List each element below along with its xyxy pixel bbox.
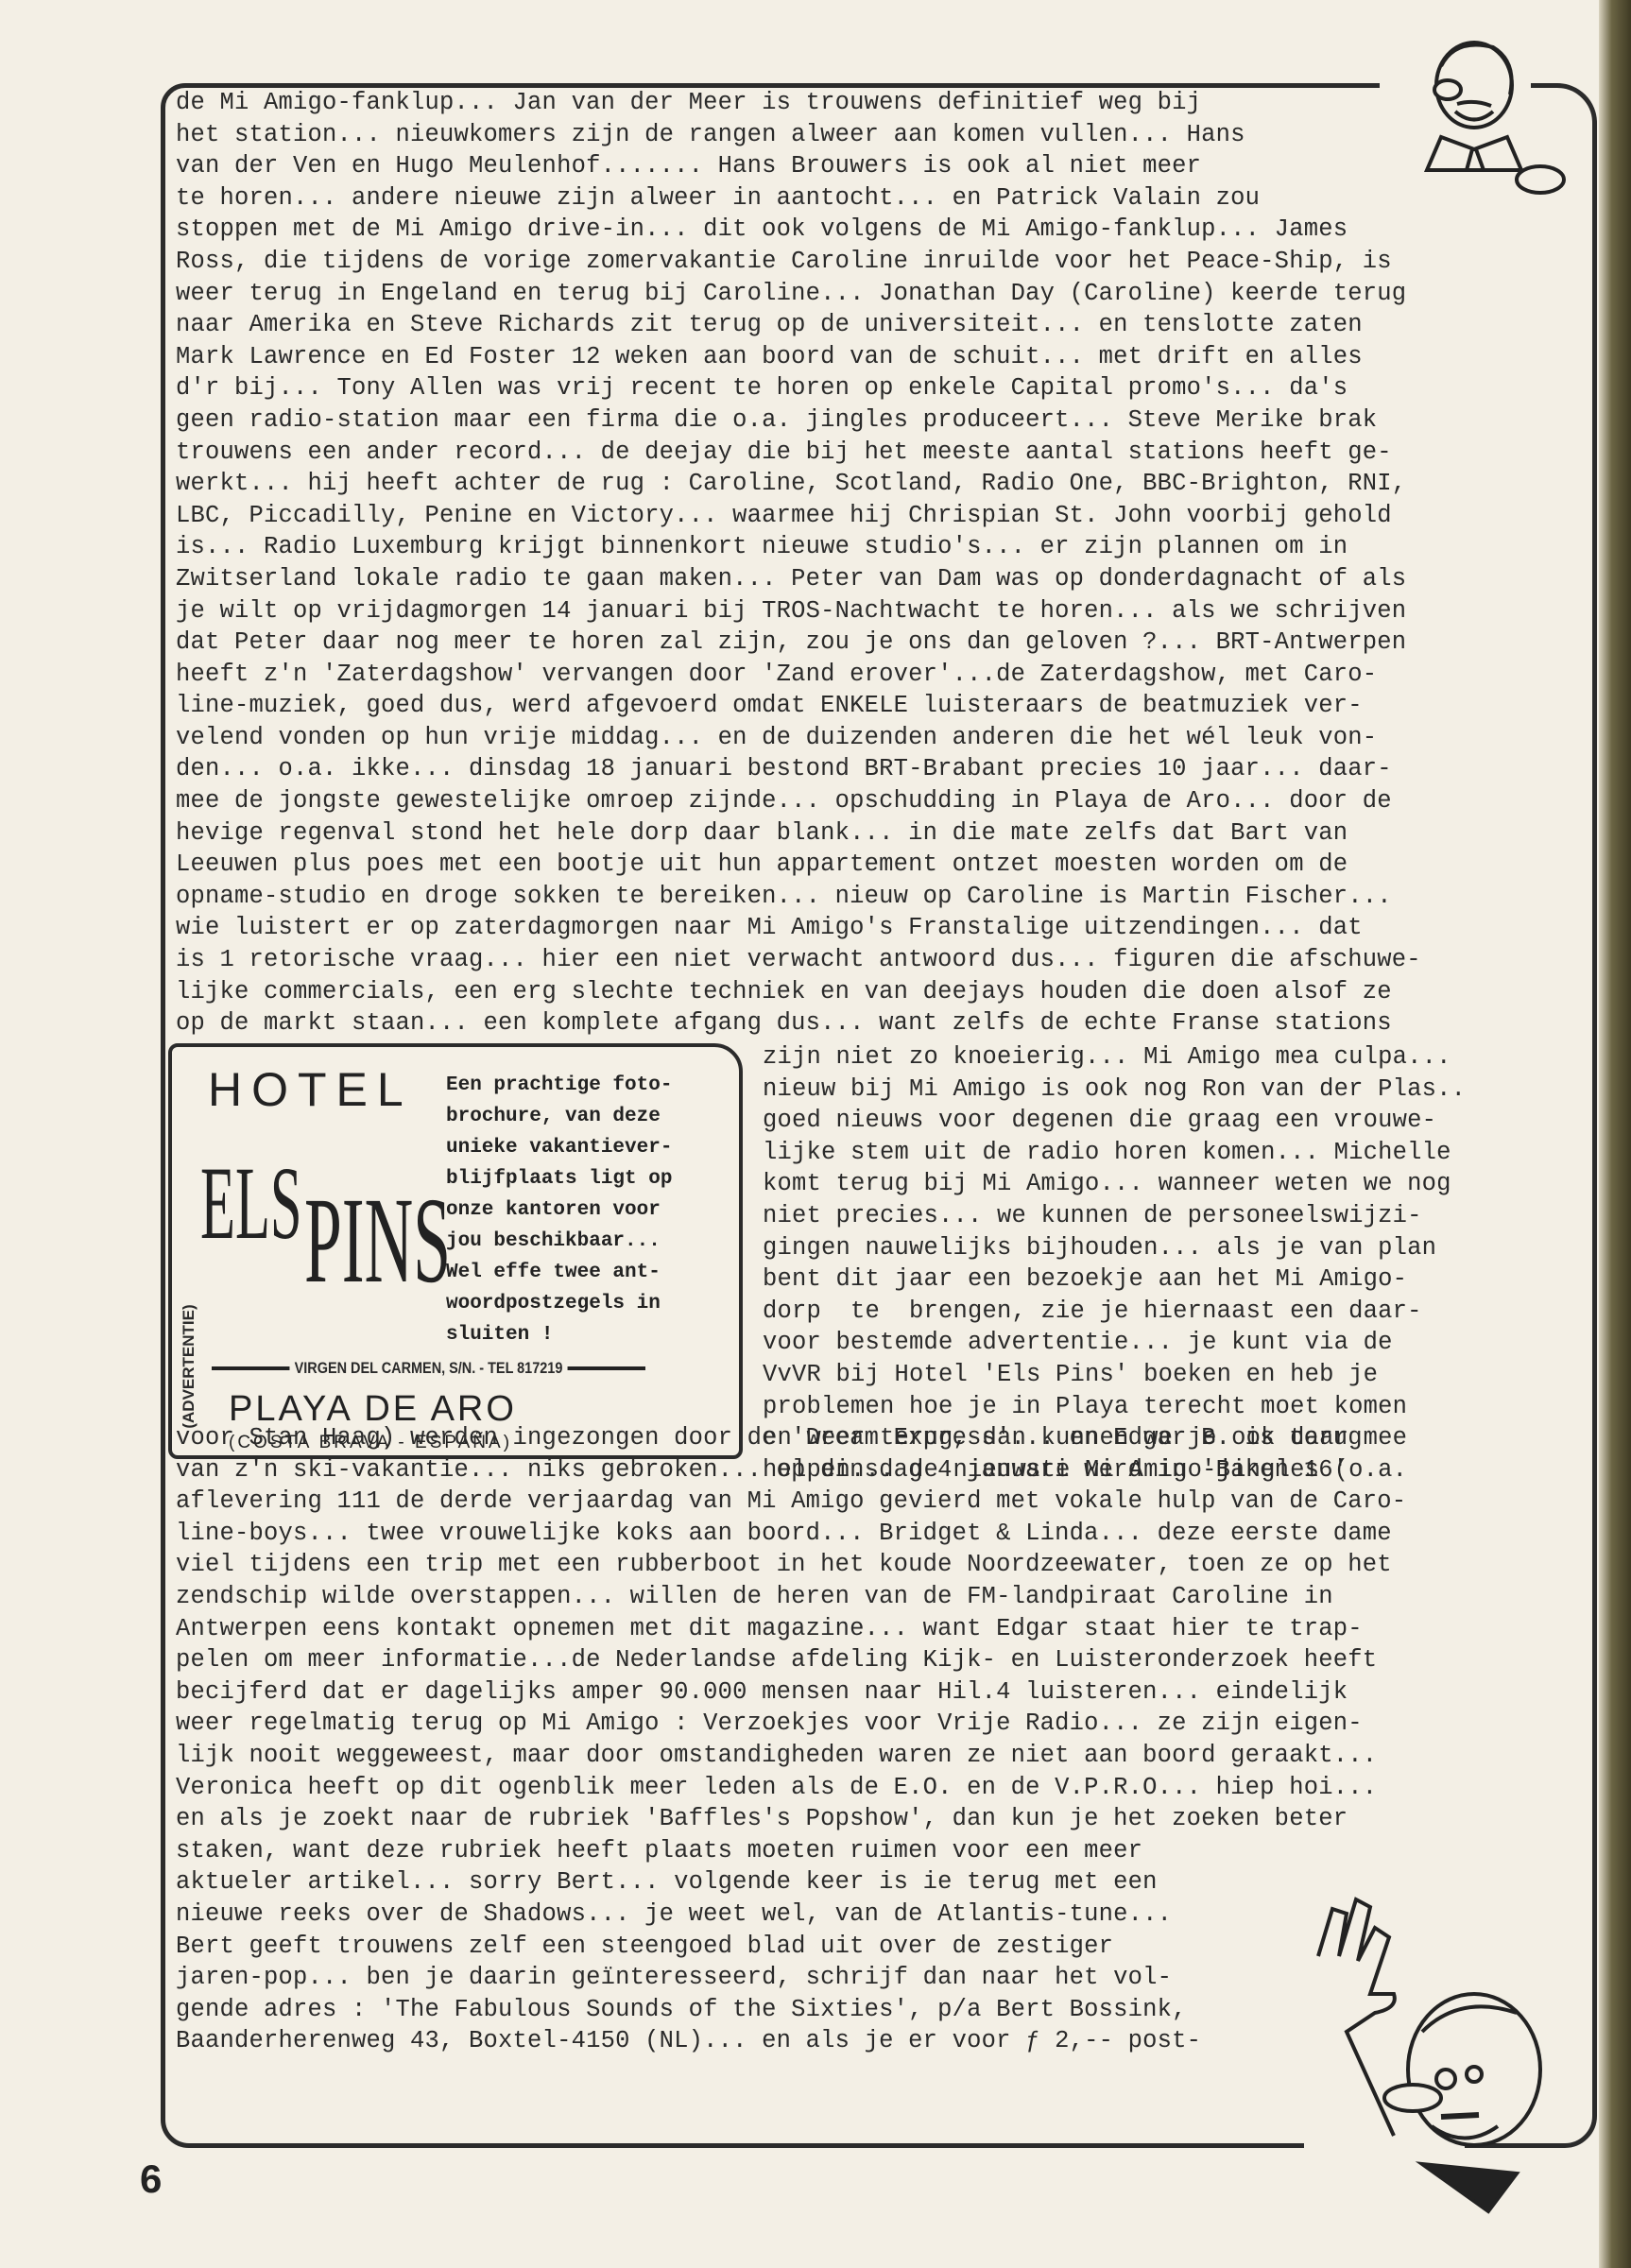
text-line: Leeuwen plus poes met een bootje uit hun… <box>176 849 1421 881</box>
text-line: line-muziek, goed dus, werd afgevoerd om… <box>176 690 1421 722</box>
text-line: problemen hoe je in Playa terecht moet k… <box>763 1391 1466 1423</box>
text-line: zendschip wilde overstappen... willen de… <box>176 1581 1406 1613</box>
page-number: 6 <box>140 2156 162 2202</box>
text-line: opname-studio en droge sokken te bereike… <box>176 881 1421 913</box>
text-line: voor bestemde advertentie... je kunt via… <box>763 1327 1466 1359</box>
text-line: nieuw bij Mi Amigo is ook nog Ron van de… <box>763 1074 1466 1106</box>
text-line: bent dit jaar een bezoekje aan het Mi Am… <box>763 1263 1466 1296</box>
cartoon-man-pointing-icon <box>1399 38 1569 217</box>
text-line: Baanderherenweg 43, Boxtel-4150 (NL)... … <box>176 2025 1406 2057</box>
address-rule-left <box>212 1366 290 1370</box>
text-line: jaren-pop... ben je daarin geïnteresseer… <box>176 1962 1406 1994</box>
binding-spine <box>1599 0 1631 2268</box>
text-line: dorp te brengen, zie je hiernaast een da… <box>763 1296 1466 1328</box>
text-line: trouwens een ander record... de deejay d… <box>176 437 1421 469</box>
text-line: pelen om meer informatie...de Nederlands… <box>176 1644 1406 1676</box>
text-line: Mark Lawrence en Ed Foster 12 weken aan … <box>176 341 1421 373</box>
text-line: geen radio-station maar een firma die o.… <box>176 404 1421 437</box>
text-line: aflevering 111 de derde verjaardag van M… <box>176 1486 1406 1518</box>
text-line: van z'n ski-vakantie... niks gebroken...… <box>176 1454 1406 1486</box>
text-line: heeft z'n 'Zaterdagshow' vervangen door … <box>176 659 1421 691</box>
ad-copy-line: onze kantoren voor <box>446 1194 672 1226</box>
text-line: is 1 retorische vraag... hier een niet v… <box>176 944 1421 976</box>
text-line: aktueler artikel... sorry Bert... volgen… <box>176 1866 1406 1899</box>
text-line: mee de jongste gewestelijke omroep zijnd… <box>176 785 1421 817</box>
text-line: je wilt op vrijdagmorgen 14 januari bij … <box>176 595 1421 627</box>
ad-copy-line: Wel effe twee ant- <box>446 1257 672 1288</box>
text-line: het station... nieuwkomers zijn de range… <box>176 119 1421 151</box>
ad-address-line: VIRGEN DEL CARMEN, S/N. - TEL 817219 <box>212 1359 645 1378</box>
text-line: gingen nauwelijks bijhouden... als je va… <box>763 1232 1466 1264</box>
text-line: te horen... andere nieuwe zijn alweer in… <box>176 182 1421 215</box>
text-line: VvVR bij Hotel 'Els Pins' boeken en heb … <box>763 1359 1466 1391</box>
ad-copy-line: sluiten ! <box>446 1319 672 1350</box>
text-line: goed nieuws voor degenen die graag een v… <box>763 1105 1466 1137</box>
ad-copy-line: woordpostzegels in <box>446 1288 672 1319</box>
text-line: dat Peter daar nog meer te horen zal zij… <box>176 627 1421 659</box>
cartoon-man-waving-icon <box>1290 1890 1554 2230</box>
text-line: den... o.a. ikke... dinsdag 18 januari b… <box>176 753 1421 785</box>
text-line: en als je zoekt naar de rubriek 'Baffles… <box>176 1803 1406 1835</box>
text-line: lijk nooit weggeweest, maar door omstand… <box>176 1740 1406 1772</box>
text-line: d'r bij... Tony Allen was vrij recent te… <box>176 372 1421 404</box>
ad-copy-line: unieke vakantiever- <box>446 1132 672 1163</box>
text-line: weer regelmatig terug op Mi Amigo : Verz… <box>176 1708 1406 1740</box>
text-line: line-boys... twee vrouwelijke koks aan b… <box>176 1518 1406 1550</box>
ad-copy-line: blijfplaats ligt op <box>446 1163 672 1194</box>
text-line: becijferd dat er dagelijks amper 90.000 … <box>176 1676 1406 1709</box>
text-line: de Mi Amigo-fanklup... Jan van der Meer … <box>176 87 1421 119</box>
text-line: velend vonden op hun vrije middag... en … <box>176 722 1421 754</box>
magazine-page: de Mi Amigo-fanklup... Jan van der Meer … <box>0 0 1631 2268</box>
article-bottom-text: voor Stan Haag) werden ingezongen door d… <box>176 1422 1406 2057</box>
text-line: Antwerpen eens kontakt opnemen met dit m… <box>176 1613 1406 1645</box>
ad-copy-text: Een prachtige foto-brochure, van dezeuni… <box>446 1070 672 1350</box>
text-line: hevige regenval stond het hele dorp daar… <box>176 817 1421 850</box>
hotel-advertisement: HOTEL ELS PINS Een prachtige foto-brochu… <box>168 1043 743 1459</box>
text-line: naar Amerika en Steve Richards zit terug… <box>176 309 1421 341</box>
ad-copy-line: brochure, van deze <box>446 1101 672 1132</box>
text-line: wie luistert er op zaterdagmorgen naar M… <box>176 912 1421 944</box>
text-line: nieuwe reeks over de Shadows... je weet … <box>176 1899 1406 1931</box>
advertentie-label: (ADVERTENTIE) <box>180 1304 198 1428</box>
article-top-text: de Mi Amigo-fanklup... Jan van der Meer … <box>176 87 1421 1039</box>
text-line: komt terug bij Mi Amigo... wanneer weten… <box>763 1168 1466 1200</box>
text-line: gende adres : 'The Fabulous Sounds of th… <box>176 1994 1406 2026</box>
text-line: is... Radio Luxemburg krijgt binnenkort … <box>176 531 1421 563</box>
ad-copy-line: jou beschikbaar... <box>446 1226 672 1257</box>
logo-els: ELS <box>200 1151 302 1255</box>
text-line: voor Stan Haag) werden ingezongen door d… <box>176 1422 1406 1454</box>
text-line: Ross, die tijdens de vorige zomervakanti… <box>176 246 1421 278</box>
logo-pins: PINS <box>304 1179 451 1302</box>
text-line: Bert geeft trouwens zelf een steengoed b… <box>176 1931 1406 1963</box>
text-line: Zwitserland lokale radio te gaan maken..… <box>176 563 1421 595</box>
address-rule-right <box>567 1366 645 1370</box>
ad-copy-line: Een prachtige foto- <box>446 1070 672 1101</box>
ad-address: VIRGEN DEL CARMEN, S/N. - TEL 817219 <box>295 1359 563 1378</box>
text-line: lijke stem uit de radio horen komen... M… <box>763 1137 1466 1169</box>
text-line: lijke commercials, een erg slechte techn… <box>176 976 1421 1008</box>
article-right-column-text: zijn niet zo knoeierig... Mi Amigo mea c… <box>763 1041 1466 1486</box>
text-line: LBC, Piccadilly, Penine en Victory... wa… <box>176 500 1421 532</box>
text-line: zijn niet zo knoeierig... Mi Amigo mea c… <box>763 1041 1466 1074</box>
text-line: Veronica heeft op dit ogenblik meer lede… <box>176 1772 1406 1804</box>
ad-hotel-heading: HOTEL <box>208 1062 413 1117</box>
text-line: stoppen met de Mi Amigo drive-in... dit … <box>176 214 1421 246</box>
text-line: weer terug in Engeland en terug bij Caro… <box>176 278 1421 310</box>
text-line: op de markt staan... een komplete afgang… <box>176 1007 1421 1039</box>
text-line: niet precies... we kunnen de personeelsw… <box>763 1200 1466 1232</box>
text-line: van der Ven en Hugo Meulenhof....... Han… <box>176 150 1421 182</box>
text-line: viel tijdens een trip met een rubberboot… <box>176 1549 1406 1581</box>
text-line: staken, want deze rubriek heeft plaats m… <box>176 1835 1406 1867</box>
text-line: werkt... hij heeft achter de rug : Carol… <box>176 468 1421 500</box>
